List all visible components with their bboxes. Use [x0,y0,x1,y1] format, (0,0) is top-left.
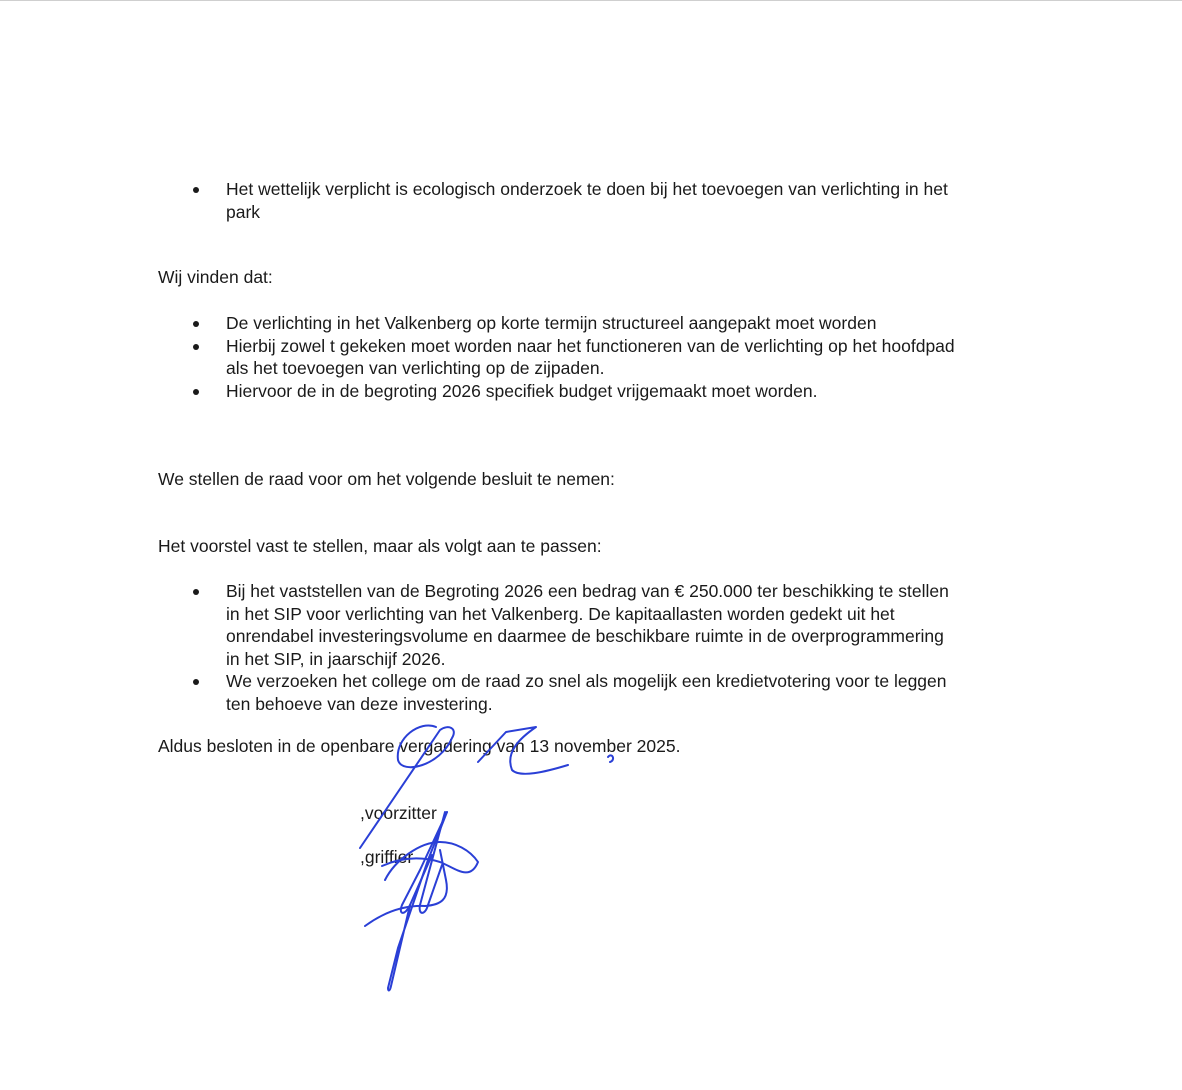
decision-heading: Het voorstel vast te stellen, maar als v… [158,535,602,558]
bullet-text: Bij het vaststellen van de Begroting 202… [226,580,1056,670]
bullet-text: We verzoeken het college om de raad zo s… [226,670,1056,715]
bullet-icon [193,187,199,193]
list-item: De verlichting in het Valkenberg op kort… [0,312,1056,335]
clerk-signature-label: ,griffier [360,846,413,869]
bullet-icon [193,679,199,685]
document-page: Het wettelijk verplicht is ecologisch on… [0,0,1182,1090]
list-item: Hierbij zowel t gekeken moet worden naar… [0,335,1056,380]
intro-bullet-list: Het wettelijk verplicht is ecologisch on… [0,178,1056,223]
wij-vinden-heading: Wij vinden dat: [158,266,273,289]
bullet-icon [193,344,199,350]
list-item: We verzoeken het college om de raad zo s… [0,670,1056,715]
decision-bullet-list: Bij het vaststellen van de Begroting 202… [0,580,1056,715]
wij-vinden-bullet-list: De verlichting in het Valkenberg op kort… [0,312,1056,402]
list-item: Bij het vaststellen van de Begroting 202… [0,580,1056,670]
bullet-text: Hierbij zowel t gekeken moet worden naar… [226,335,1056,380]
bullet-text: De verlichting in het Valkenberg op kort… [226,312,1056,335]
bullet-icon [193,321,199,327]
list-item: Hiervoor de in de begroting 2026 specifi… [0,380,1056,403]
list-item: Het wettelijk verplicht is ecologisch on… [0,178,1056,223]
bullet-text: Het wettelijk verplicht is ecologisch on… [226,178,1056,223]
bullet-icon [193,589,199,595]
closing-statement: Aldus besloten in de openbare vergaderin… [158,735,680,758]
bullet-icon [193,389,199,395]
chair-signature-label: ,voorzitter [360,802,437,825]
proposal-intro: We stellen de raad voor om het volgende … [158,468,615,491]
bullet-text: Hiervoor de in de begroting 2026 specifi… [226,380,1056,403]
